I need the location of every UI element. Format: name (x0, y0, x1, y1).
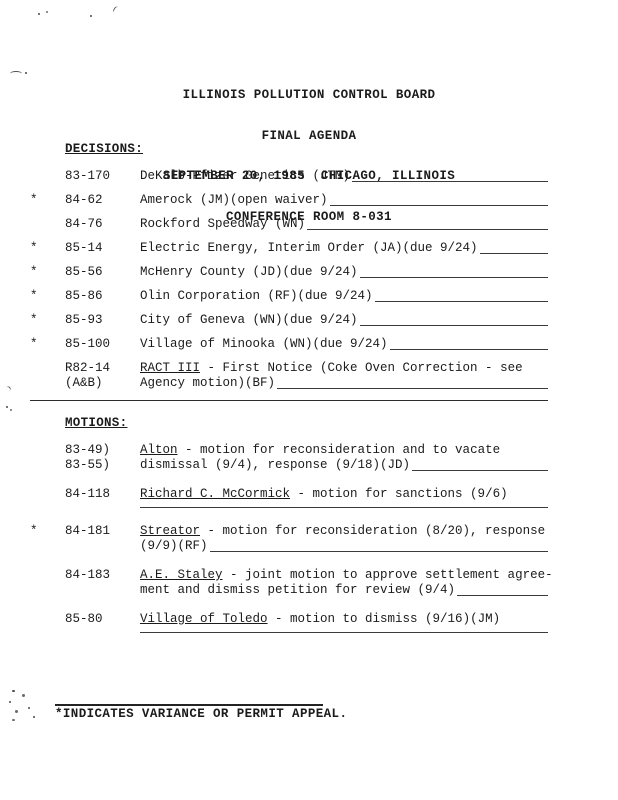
variance-star: * (30, 337, 65, 352)
case-title-underlined: RACT III (140, 361, 200, 375)
scan-smudge (90, 15, 92, 17)
blank-line (140, 629, 548, 633)
header-line-title: FINAL AGENDA (0, 130, 618, 144)
blank-line (307, 217, 548, 230)
case-title-underlined: Village of Toledo (140, 612, 268, 626)
motion-text-cont: dismissal (9/4), response (9/18)(JD) (140, 458, 410, 473)
case-number-line1: R82-14 (65, 361, 110, 375)
case-number-line1: 83-49) (65, 443, 110, 457)
blank-line (375, 289, 548, 302)
decision-row: 83-170 DeKalb-Pfizer Genetics (JTM) (30, 169, 548, 184)
case-title: Village of Minooka (WN)(due 9/24) (140, 337, 388, 352)
variance-star: * (30, 289, 65, 304)
case-title: Amerock (JM)(open waiver) (140, 193, 328, 208)
variance-star (30, 612, 65, 627)
footnote-rule (55, 704, 323, 706)
motion-row: 85-80 Village of Toledo - motion to dism… (30, 612, 548, 627)
case-number: 83-49)83-55) (65, 443, 140, 473)
motion-row: 84-118 Richard C. McCormick - motion for… (30, 487, 548, 502)
scan-smudge (3, 385, 12, 393)
motion-text-cont: (9/9)(RF) (140, 539, 208, 554)
blank-line (352, 169, 548, 182)
blank-line (277, 376, 548, 389)
blank-line (390, 337, 548, 350)
scanned-agenda-page: ILLINOIS POLLUTION CONTROL BOARD FINAL A… (0, 0, 618, 800)
case-title: Rockford Speedway (WN) (140, 217, 305, 232)
variance-star: * (30, 193, 65, 208)
case-number: 84-181 (65, 524, 140, 554)
agenda-content: DECISIONS: 83-170 DeKalb-Pfizer Genetics… (30, 142, 548, 649)
motion-row: * 84-181 Streator - motion for reconside… (30, 524, 548, 554)
decision-row: * 85-93 City of Geneva (WN)(due 9/24) (30, 313, 548, 328)
footnote: *INDICATES VARIANCE OR PERMIT APPEAL. (55, 704, 347, 721)
footnote-text: *INDICATES VARIANCE OR PERMIT APPEAL. (55, 707, 347, 721)
variance-star (30, 487, 65, 502)
scan-smudge (10, 409, 12, 411)
case-number-line2: 83-55) (65, 458, 110, 472)
case-number: 85-56 (65, 265, 140, 280)
case-title-underlined: A.E. Staley (140, 568, 223, 582)
case-number: 85-80 (65, 612, 140, 627)
case-title: DeKalb-Pfizer Genetics (JTM) (140, 169, 350, 184)
case-number: 84-118 (65, 487, 140, 502)
case-number: 84-183 (65, 568, 140, 598)
scan-smudge (12, 719, 15, 721)
motion-text: - motion to dismiss (9/16)(JM) (268, 612, 501, 626)
case-number: 85-100 (65, 337, 140, 352)
decision-row: 84-76 Rockford Speedway (WN) (30, 217, 548, 232)
blank-line (412, 458, 548, 471)
variance-star (30, 169, 65, 184)
motion-row: 84-183 A.E. Staley - joint motion to app… (30, 568, 548, 598)
decisions-heading: DECISIONS: (65, 142, 548, 157)
case-number-line2: (A&B) (65, 376, 103, 390)
motion-row: 83-49)83-55) Alton - motion for reconsid… (30, 443, 548, 473)
case-number: 85-86 (65, 289, 140, 304)
case-title: - First Notice (Coke Oven Correction - s… (200, 361, 523, 375)
blank-line (210, 539, 548, 552)
scan-smudge (28, 707, 30, 709)
header-line-org: ILLINOIS POLLUTION CONTROL BOARD (0, 89, 618, 103)
variance-star: * (30, 524, 65, 554)
scan-smudge (38, 13, 40, 15)
blank-line (360, 265, 548, 278)
motion-text: - motion for reconsideration and to vaca… (178, 443, 501, 457)
decision-row: * 85-56 McHenry County (JD)(due 9/24) (30, 265, 548, 280)
decision-row: * 85-14 Electric Energy, Interim Order (… (30, 241, 548, 256)
case-title: Electric Energy, Interim Order (JA)(due … (140, 241, 478, 256)
decision-row: * 85-100 Village of Minooka (WN)(due 9/2… (30, 337, 548, 352)
variance-star: * (30, 313, 65, 328)
case-number: 83-170 (65, 169, 140, 184)
motion-text: - motion for sanctions (9/6) (290, 487, 508, 501)
case-title-underlined: Richard C. McCormick (140, 487, 290, 501)
case-title-underlined: Alton (140, 443, 178, 457)
blank-line (140, 504, 548, 508)
scan-smudge (112, 5, 121, 14)
scan-smudge (9, 701, 11, 703)
motion-text: - joint motion to approve settlement agr… (223, 568, 553, 582)
scan-smudge (22, 694, 25, 697)
case-number: 84-62 (65, 193, 140, 208)
case-number: 84-76 (65, 217, 140, 232)
variance-star: * (30, 241, 65, 256)
section-divider-line (30, 400, 548, 401)
blank-line (360, 313, 548, 326)
variance-star: * (30, 265, 65, 280)
case-number: R82-14(A&B) (65, 361, 140, 391)
case-title: McHenry County (JD)(due 9/24) (140, 265, 358, 280)
variance-star (30, 568, 65, 598)
scan-smudge (46, 11, 48, 13)
case-number: 85-14 (65, 241, 140, 256)
case-title: Olin Corporation (RF)(due 9/24) (140, 289, 373, 304)
case-number: 85-93 (65, 313, 140, 328)
blank-line (457, 583, 548, 596)
decision-row: * 84-62 Amerock (JM)(open waiver) (30, 193, 548, 208)
motion-text: - motion for reconsideration (8/20), res… (200, 524, 545, 538)
scan-smudge (33, 716, 35, 718)
blank-line (330, 193, 548, 206)
decision-row: R82-14(A&B) RACT III - First Notice (Cok… (30, 361, 548, 391)
variance-star (30, 443, 65, 473)
case-title-cont: Agency motion)(BF) (140, 376, 275, 391)
variance-star (30, 361, 65, 391)
motions-heading: MOTIONS: (65, 416, 548, 431)
case-title-underlined: Streator (140, 524, 200, 538)
scan-smudge (6, 406, 8, 408)
variance-star (30, 217, 65, 232)
scan-smudge (15, 710, 18, 713)
blank-line (480, 241, 548, 254)
decision-row: * 85-86 Olin Corporation (RF)(due 9/24) (30, 289, 548, 304)
motion-text-cont: ment and dismiss petition for review (9/… (140, 583, 455, 598)
scan-smudge (12, 690, 15, 692)
case-title: City of Geneva (WN)(due 9/24) (140, 313, 358, 328)
